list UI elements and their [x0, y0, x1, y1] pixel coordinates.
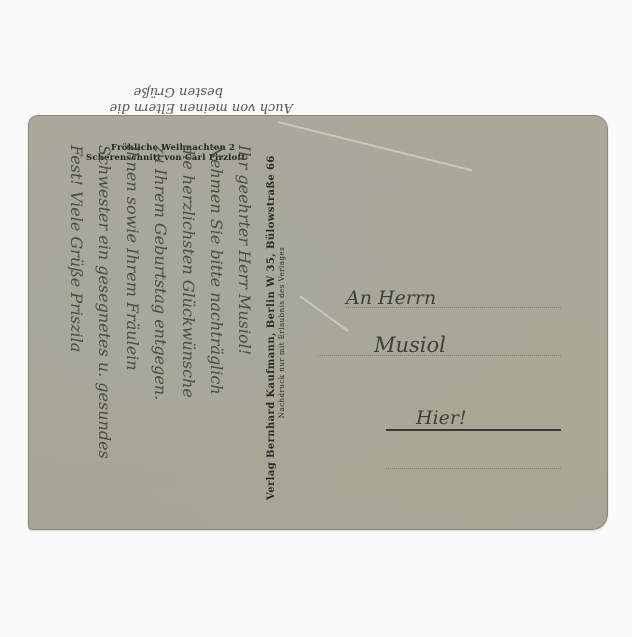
top-note-line: Auch von meinen Eltern die — [93, 99, 293, 115]
message-line: Ihr geehrter Herr Musiol! — [230, 145, 258, 565]
top-note-line: besten Grüße — [93, 83, 293, 99]
crease-mark — [278, 121, 473, 171]
address-rule — [386, 429, 561, 431]
address-rule — [386, 468, 561, 469]
message-line: die herzlichsten Glückwünsche — [174, 145, 202, 565]
address-line-3: Hier! — [416, 407, 467, 429]
address-rule — [318, 355, 561, 356]
message-line: Nehmen Sie bitte nachträglich — [202, 145, 230, 565]
address-line-1: An Herrn — [346, 287, 436, 309]
message-line: Ihnen sowie Ihrem Fräulein — [118, 145, 146, 565]
publisher-imprint: Verlag Bernhard Kaufmann, Berlin W 35, B… — [266, 165, 306, 500]
top-handwritten-note: Auch von meinen Eltern die besten Grüße — [93, 83, 293, 115]
message-line: zu Ihrem Geburtstag entgegen. — [146, 145, 174, 565]
message-line: Schwester ein gesegnetes u. gesundes — [90, 145, 118, 565]
handwritten-message: Ihr geehrter Herr Musiol! Nehmen Sie bit… — [0, 145, 258, 565]
publisher-name: Verlag Bernhard Kaufmann, Berlin W 35, B… — [266, 165, 277, 500]
address-line-2: Musiol — [374, 333, 446, 357]
reprint-notice: Nachdruck nur mit Erlaubnis des Verlages — [278, 165, 286, 500]
postcard: Auch von meinen Eltern die besten Grüße … — [28, 115, 608, 530]
crease-mark — [299, 295, 349, 332]
message-line: Fest! Viele Grüße Priszila — [62, 145, 90, 565]
address-rule — [346, 307, 561, 308]
